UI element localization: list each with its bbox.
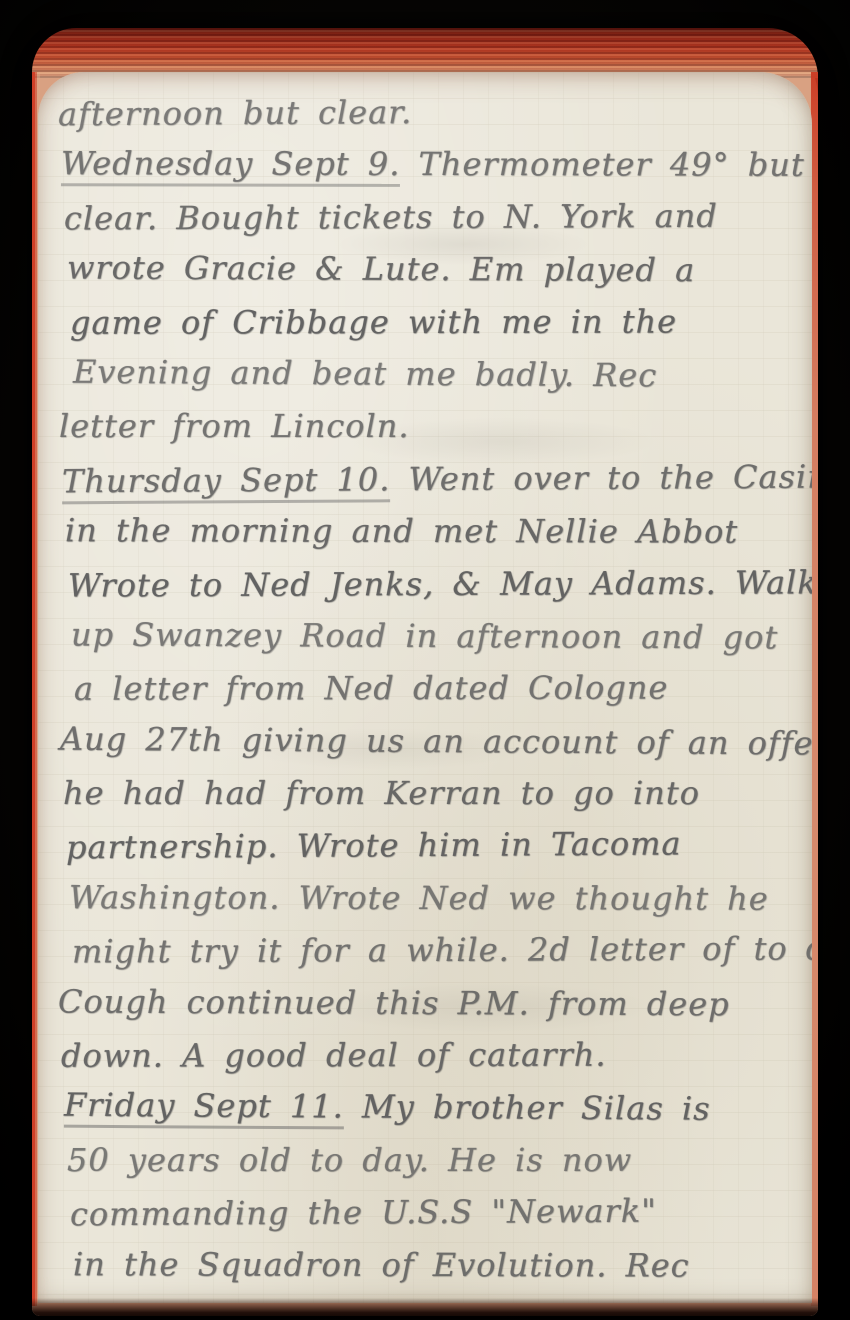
diary-line: in the Squadron of Evolution. Rec bbox=[73, 1238, 812, 1292]
diary-line-text: Aug 27th giving us an account of an offe… bbox=[60, 719, 812, 762]
diary-line: wrote Gracie & Lute. Em played a bbox=[67, 242, 807, 297]
page-edge-bottom-shadow bbox=[32, 1298, 818, 1316]
diary-line-text: wrote Gracie & Lute. Em played a bbox=[67, 249, 695, 290]
diary-line-text: letter from Lincoln. bbox=[59, 407, 410, 445]
diary-line-text: partnership. Wrote him in Tacoma bbox=[66, 825, 682, 867]
diary-line-text: Went over to the Casino bbox=[408, 457, 812, 498]
diary-line-text: down. A good deal of catarrh. bbox=[61, 1036, 607, 1075]
diary-line-text: game of Cribbage with me in the bbox=[70, 302, 677, 341]
diary-line: Friday Sept 11. My brother Silas is bbox=[64, 1079, 804, 1136]
diary-line: in the morning and met Nellie Abbot bbox=[65, 504, 805, 558]
diary-line-text: Wrote to Ned Jenks, & May Adams. Walked bbox=[68, 563, 812, 604]
diary-line: a letter from Ned dated Cologne bbox=[74, 662, 812, 716]
diary-date-heading: Friday Sept 11. bbox=[64, 1086, 344, 1130]
diary-line: letter from Lincoln. bbox=[59, 400, 799, 452]
diary-line-text: commanding the U.S.S "Newark" bbox=[70, 1192, 657, 1234]
diary-line: partnership. Wrote him in Tacoma bbox=[66, 817, 806, 874]
diary-line-text: Thermometer 49° but bbox=[419, 145, 805, 184]
diary-line: Washington. Wrote Ned we thought he bbox=[69, 871, 809, 925]
notebook-page: afternoon but clear.Wednesday Sept 9. Th… bbox=[38, 72, 812, 1303]
diary-date-heading: Wednesday Sept 9. bbox=[61, 145, 400, 188]
diary-line-text: in the morning and met Nellie Abbot bbox=[65, 511, 738, 550]
diary-line: up Swanzey Road in afternoon and got bbox=[71, 608, 811, 663]
photo-background: afternoon but clear.Wednesday Sept 9. Th… bbox=[0, 0, 850, 1320]
diary-line: Evening and beat me badly. Rec bbox=[73, 346, 812, 403]
diary-line: Aug 27th giving us an account of an offe… bbox=[60, 712, 800, 769]
diary-line-text: afternoon but clear. bbox=[58, 93, 412, 133]
page-edge-top-red bbox=[32, 28, 818, 78]
diary-line-text: Cough continued this P.M. from deep bbox=[58, 982, 730, 1023]
diary-line: afternoon but clear. bbox=[58, 84, 798, 141]
diary-line-text: he had had from Kerran to go into bbox=[63, 774, 700, 812]
diary-line: Wrote to Ned Jenks, & May Adams. Walked bbox=[68, 556, 808, 611]
diary-line: clear. Bought tickets to N. York and bbox=[64, 189, 804, 244]
diary-line: Cough continued this P.M. from deep bbox=[58, 975, 798, 1030]
diary-line-text: My brother Silas is bbox=[362, 1088, 711, 1128]
diary-line-text: clear. Bought tickets to N. York and bbox=[64, 197, 718, 238]
diary-line: game of Cribbage with me in the bbox=[70, 295, 810, 349]
diary-line-text: Washington. Wrote Ned we thought he bbox=[69, 878, 769, 917]
diary-line: Thursday Sept 10. Went over to the Casin… bbox=[62, 450, 802, 507]
diary-line: commanding the U.S.S "Newark" bbox=[70, 1184, 810, 1241]
diary-line: he had had from Kerran to go into bbox=[63, 767, 803, 819]
diary-line: down. A good deal of catarrh. bbox=[61, 1028, 801, 1082]
diary-line-text: a letter from Ned dated Cologne bbox=[74, 669, 668, 708]
diary-line-text: Evening and beat me badly. Rec bbox=[73, 353, 657, 395]
diary-line-text: in the Squadron of Evolution. Rec bbox=[73, 1245, 690, 1284]
page-edge-right-red bbox=[811, 72, 818, 1306]
notebook-page-stack: afternoon but clear.Wednesday Sept 9. Th… bbox=[32, 28, 818, 1316]
diary-line-text: might try it for a while. 2d letter of t… bbox=[72, 929, 812, 970]
diary-line: Wednesday Sept 9. Thermometer 49° but bbox=[61, 138, 801, 192]
diary-line: 50 years old to day. He is now bbox=[67, 1134, 807, 1186]
handwriting: afternoon but clear.Wednesday Sept 9. Th… bbox=[64, 86, 804, 1291]
diary-date-heading: Thursday Sept 10. bbox=[62, 460, 391, 504]
diary-line-text: 50 years old to day. He is now bbox=[67, 1141, 632, 1179]
diary-line-text: up Swanzey Road in afternoon and got bbox=[71, 615, 778, 656]
diary-line: might try it for a while. 2d letter of t… bbox=[72, 923, 812, 978]
